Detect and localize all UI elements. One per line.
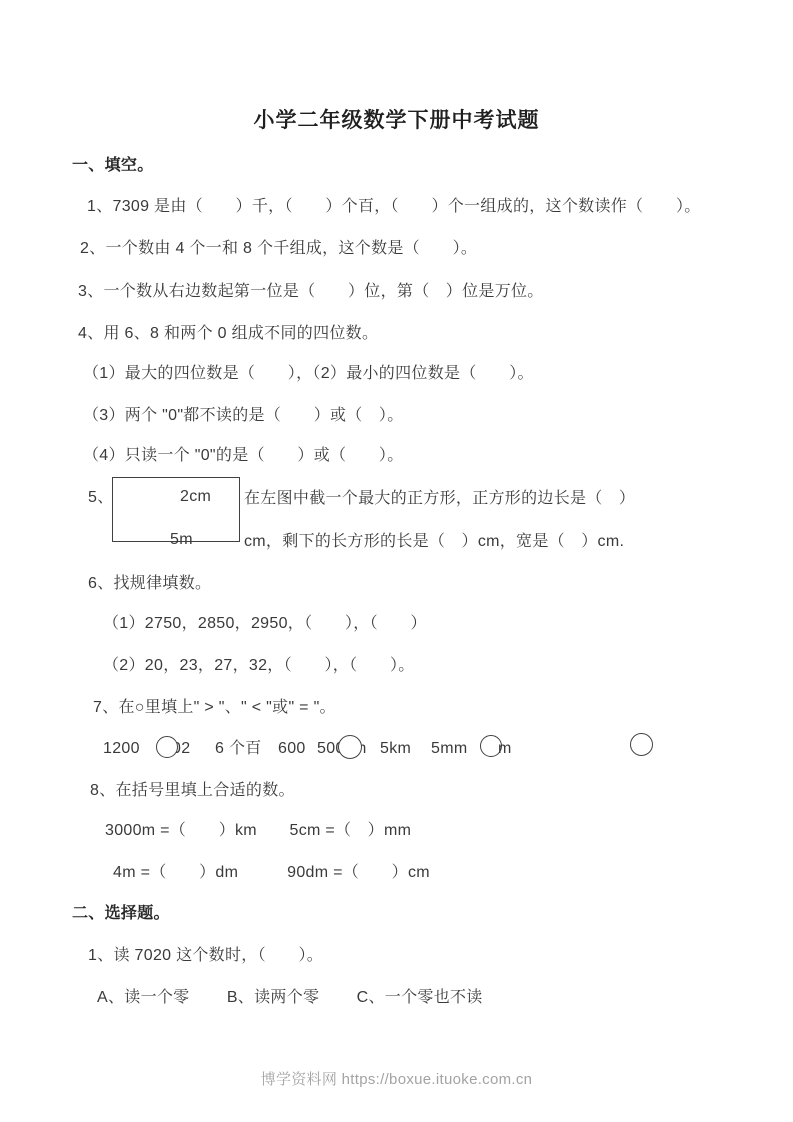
q7-token-m2: m xyxy=(498,738,512,759)
q5-rect-label-5m: 5m xyxy=(170,529,193,550)
q7-token-5mm: 5mm xyxy=(431,738,467,759)
q7-token-5km: 5km xyxy=(380,738,411,759)
q8-text: 8、在括号里填上合适的数。 xyxy=(90,780,295,801)
q1-text: 1、7309 是由（ ）千，（ ）个百，（ ）个一组成的，这个数读作（ ）。 xyxy=(87,196,701,217)
q4-sub1-2: （1）最大的四位数是（ ），（2）最小的四位数是（ ）。 xyxy=(83,363,534,384)
q7-token-6-hundreds: 6 个百 xyxy=(215,738,262,759)
q4-sub3: （3）两个 "0"都不读的是（ ）或（ ）。 xyxy=(83,405,404,426)
q7-token-1200: 1200 xyxy=(103,738,140,759)
q5-line2: cm，剩下的长方形的长是（ ）cm，宽是（ ）cm. xyxy=(244,531,624,552)
q6-sub1: （1）2750，2850，2950，（ ），（ ） xyxy=(103,613,427,634)
footer-watermark: 博学资料网 https://boxue.ituoke.com.cn xyxy=(0,1068,793,1089)
q5-number: 5、 xyxy=(88,487,114,508)
q6-sub2: （2）20，23，27，32，（ ），（ ）。 xyxy=(103,655,415,676)
q3-text: 3、一个数从右边数起第一位是（ ）位，第（ ）位是万位。 xyxy=(78,281,544,302)
q8-line2: 4m =（ ）dm 90dm =（ ）cm xyxy=(113,862,430,883)
exam-document-page: 小学二年级数学下册中考试题 一、填空。1、7309 是由（ ）千，（ ）个百，（… xyxy=(0,0,793,1122)
q2-text: 2、一个数由 4 个一和 8 个千组成，这个数是（ ）。 xyxy=(80,238,477,259)
q4-sub4: （4）只读一个 "0"的是（ ）或（ ）。 xyxy=(83,445,404,466)
comparison-circle-2 xyxy=(338,735,362,759)
section-fill-blanks-heading: 一、填空。 xyxy=(72,155,154,176)
q4-text: 4、用 6、8 和两个 0 组成不同的四位数。 xyxy=(78,323,378,344)
c1-options: A、读一个零 B、读两个零 C、一个零也不读 xyxy=(97,987,483,1008)
c1-text: 1、读 7020 这个数时，（ ）。 xyxy=(88,945,323,966)
q7-text: 7、在○里填上" > "、" < "或" = "。 xyxy=(93,697,336,718)
page-title: 小学二年级数学下册中考试题 xyxy=(0,104,793,134)
q8-line1: 3000m =（ ）km 5cm =（ ）mm xyxy=(105,820,411,841)
q5-line1: 在左图中截一个最大的正方形，正方形的边长是（ ） xyxy=(244,488,635,509)
comparison-circle-4 xyxy=(630,733,653,756)
q5-rect-label-2cm: 2cm xyxy=(180,486,211,507)
q7-token-600: 600 xyxy=(278,738,306,759)
section-choice-heading: 二、选择题。 xyxy=(72,903,170,924)
q6-text: 6、找规律填数。 xyxy=(88,573,211,594)
comparison-circle-1 xyxy=(156,736,178,758)
